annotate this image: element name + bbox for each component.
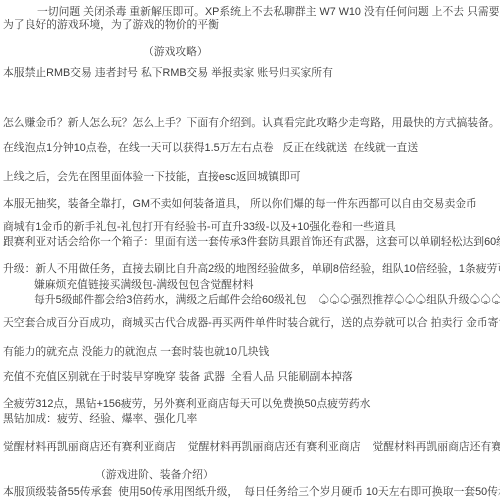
text-line-online-points: 在线泡点1分钟10点卷，在线一天可以获得1.5万左右点卷 反正在线就送 在线就一… <box>3 142 418 155</box>
text-line-top-gear: 本服顶级装备55传承套 使用50传承用图纸升级， 每日任务给三个岁月硬币 10天… <box>3 486 500 499</box>
text-line-first-login: 上线之后，会先在图里面体验一下技能，直接esc返回城镇即可 <box>3 171 301 184</box>
text-line-intro-2: 为了良好的游戏环境，为了游戏的物价的平衡 <box>3 19 219 32</box>
text-line-sky-set: 天空套合成百分百成功，商城买古代合成器-再买两件单件时装合就行，送的点券就可以合… <box>3 317 500 330</box>
text-line-intro-1: 一切问题 关闭杀毒 重新解压即可。XP系统上不去私聊群主 W7 W10 没有任何… <box>37 6 500 19</box>
text-line-no-lottery: 本服无抽奖，装备全靠打，GM不卖如何装备道具， 所以你们爆的每一件东西都可以自由… <box>3 198 477 211</box>
text-line-leveling-2: 嫌麻烦充值链接买满级包-满级包包含觉醒材料 <box>34 279 254 292</box>
section-title-guide: （游戏攻略） <box>143 46 208 59</box>
text-line-fatigue: 全疲劳312点，黑钻+156疲劳，另外赛利亚商店每天可以免费换50点疲劳药水 <box>3 398 370 411</box>
text-line-leveling-1: 升级：新人不用做任务，直接去刷比自升高2级的地图经验做多，单刷8倍经验，组队10… <box>3 263 500 276</box>
section-title-advanced: （游戏进阶、装备介绍） <box>95 469 214 482</box>
text-line-recharge-diff: 充值不充值区别就在于时装早穿晚穿 装备 武器 全看人品 只能刷副本掉落 <box>3 371 353 384</box>
text-line-recharge-tip: 有能力的就充点 没能力的就泡点 一套时装也就10几块钱 <box>3 346 269 359</box>
text-line-rmb-rule: 本服禁止RMB交易 违者封号 私下RMB交易 举报卖家 账号归买家所有 <box>3 67 333 80</box>
text-line-seria-box: 跟赛利亚对话会给你一个箱子：里面有送一套传承3件套防具跟首饰还有武器，这套可以单… <box>3 236 500 249</box>
text-line-leveling-3: 每升5级邮件都会给3倍药水，满级之后邮件会给60级礼包 ♤♤♤强烈推荐♤♤♤组队… <box>34 294 500 307</box>
document-page: 一切问题 关闭杀毒 重新解压即可。XP系统上不去私聊群主 W7 W10 没有任何… <box>0 0 500 500</box>
text-line-awaken-mats: 觉醒材料再凯丽商店还有赛利亚商店 觉醒材料再凯丽商店还有赛利亚商店 觉醒材料再凯… <box>3 441 500 454</box>
text-line-howto: 怎么赚金币？新人怎么玩？怎么上手？下面有介绍到。认真看完此攻略少走弯路，用最快的… <box>3 117 500 130</box>
text-line-newbie-pack: 商城有1金币的新手礼包-礼包打开有经验书-可直升33级-以及+10强化卷和一些道… <box>3 221 396 234</box>
text-line-black-diamond: 黑钻加成：疲劳、经验、爆率、强化几率 <box>3 413 197 426</box>
